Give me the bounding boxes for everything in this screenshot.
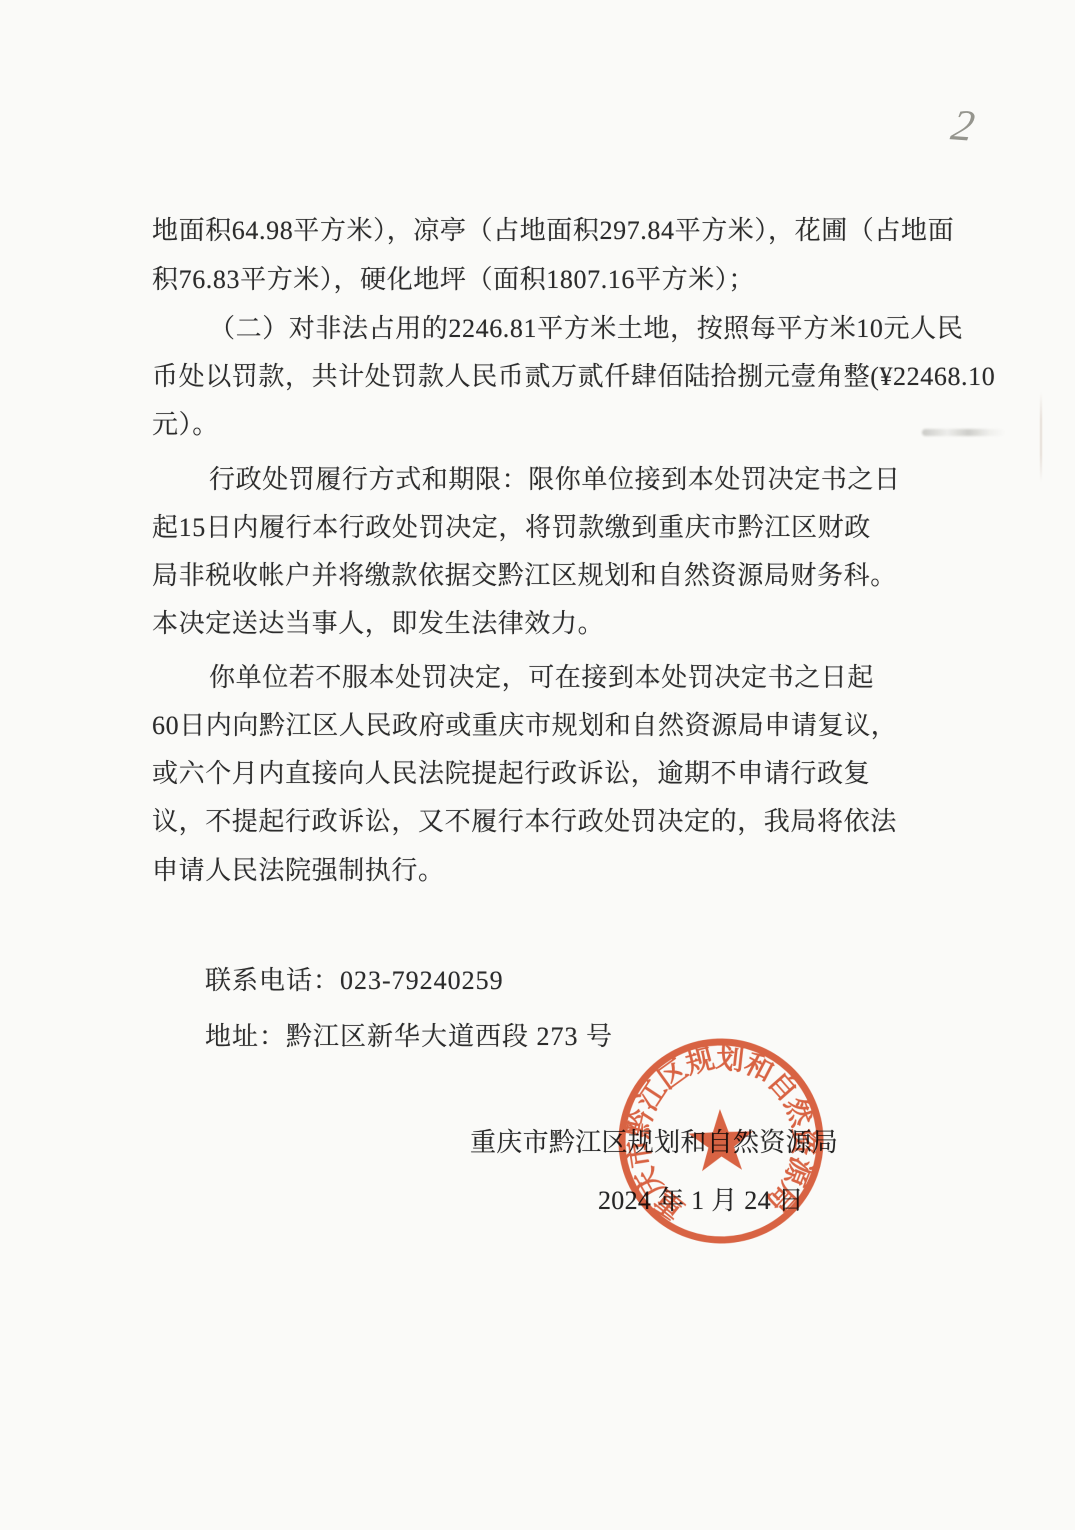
official-seal: 重庆市黔江区规划和自然资源局: [602, 1022, 840, 1260]
body-line: 地面积64.98平方米），凉亭（占地面积297.84平方米），花圃（占地面: [152, 215, 952, 247]
contact-address: 地址：黔江区新华大道西段 273 号: [205, 1016, 613, 1053]
page-number: 2: [948, 99, 979, 151]
body-line: 你单位若不服本处罚决定，可在接到本处罚决定书之日起: [209, 662, 1009, 694]
body-line: 申请人民法院强制执行。: [152, 855, 952, 887]
body-line: 元）。: [152, 409, 952, 441]
body-line: 60日内向黔江区人民政府或重庆市规划和自然资源局申请复议，: [152, 710, 952, 742]
body-line: 行政处罚履行方式和期限：限你单位接到本处罚决定书之日: [209, 464, 1009, 496]
scan-edge-artifact: [1040, 392, 1042, 482]
contact-phone: 联系电话：023-79240259: [205, 960, 504, 997]
body-line: 币处以罚款，共计处罚款人民币贰万贰仟肆佰陆拾捌元壹角整(¥22468.10: [152, 361, 952, 393]
seal-graphic: 重庆市黔江区规划和自然资源局: [602, 1022, 840, 1260]
body-line: 起15日内履行本行政处罚决定，将罚款缴到重庆市黔江区财政: [152, 512, 952, 544]
body-line: 议，不提起行政诉讼，又不履行本行政处罚决定的，我局将依法: [152, 806, 952, 838]
body-line: （二）对非法占用的2246.81平方米土地，按照每平方米10元人民: [209, 313, 1009, 345]
document-page: 2 地面积64.98平方米），凉亭（占地面积297.84平方米），花圃（占地面 …: [0, 0, 1075, 1530]
body-line: 或六个月内直接向人民法院提起行政诉讼，逾期不申请行政复: [152, 758, 952, 790]
body-line: 积76.83平方米），硬化地坪（面积1807.16平方米）；: [152, 264, 952, 296]
body-line: 本决定送达当事人，即发生法律效力。: [152, 608, 952, 640]
body-line: 局非税收帐户并将缴款依据交黔江区规划和自然资源局财务科。: [152, 560, 952, 592]
seal-star-icon: [688, 1108, 755, 1172]
scan-smudge: [922, 429, 1006, 436]
